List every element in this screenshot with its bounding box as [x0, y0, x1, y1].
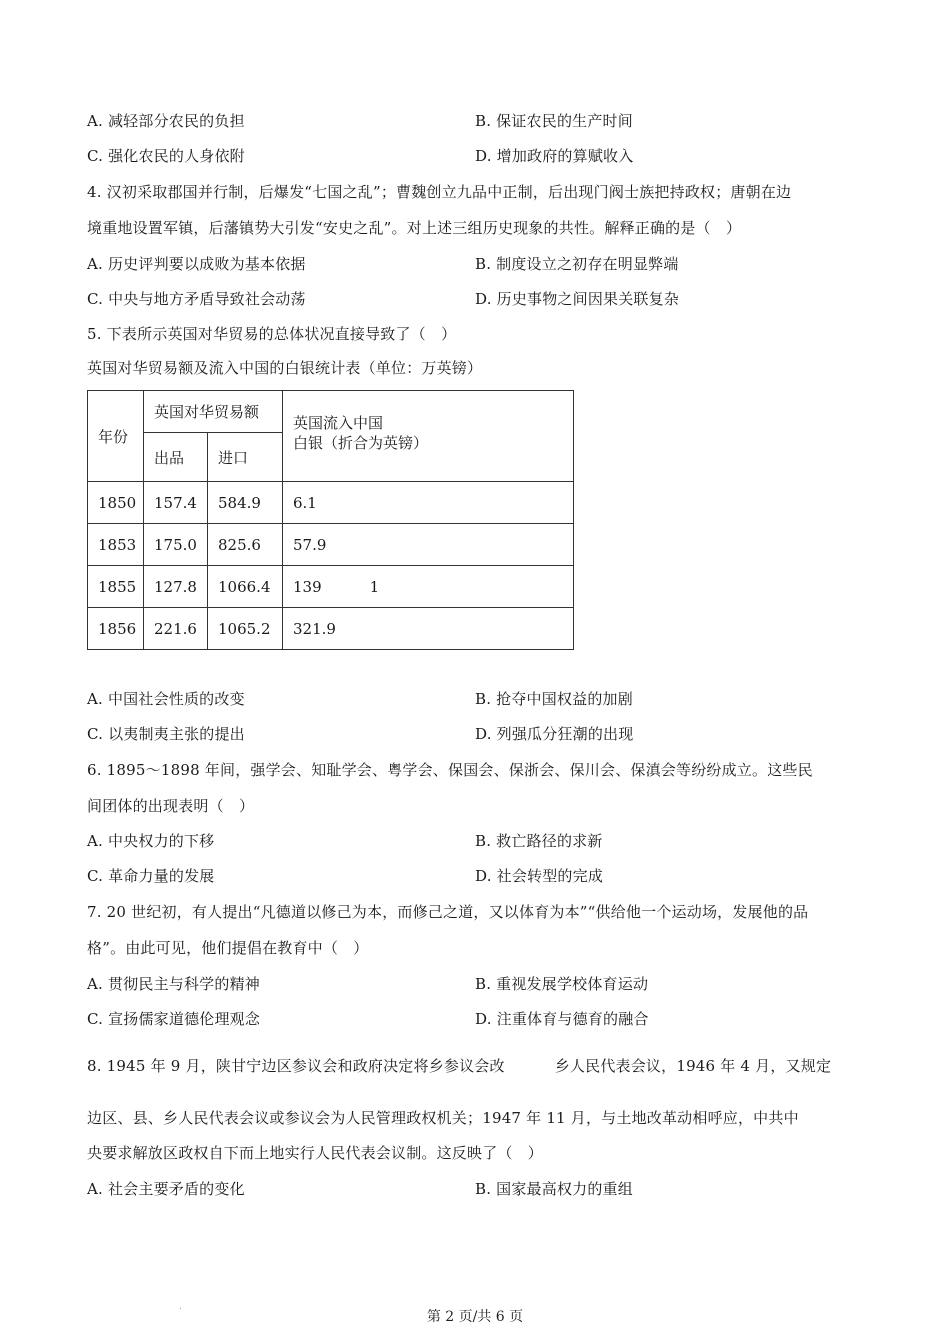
cell-export: 175.0 [144, 524, 208, 566]
page-indicator: 第 2 页/共 6 页 [0, 1306, 950, 1326]
q5-option-b: B. 抢夺中国权益的加剧 [475, 689, 633, 709]
q5-table-caption: 英国对华贸易额及流入中国的白银统计表（单位：万英镑） [87, 358, 482, 378]
q3-option-d: D. 增加政府的算赋收入 [475, 146, 633, 166]
q6-option-c: C. 革命力量的发展 [87, 866, 214, 886]
cell-year: 1855 [88, 566, 144, 608]
q5-option-c: C. 以夷制夷主张的提出 [87, 724, 245, 744]
q7-option-a: A. 贯彻民主与科学的精神 [87, 974, 260, 994]
cell-silver-extra: 1 [370, 578, 380, 596]
q8-stem-line1: 8. 1945 年 9 月，陕甘宁边区参议会和政府决定将乡参议会改乡人民代表会议… [87, 1056, 831, 1076]
table-row: 1853 175.0 825.6 57.9 [88, 524, 574, 566]
header-import: 进口 [208, 433, 283, 482]
q3-option-c: C. 强化农民的人身依附 [87, 146, 245, 166]
q3-option-b: B. 保证农民的生产时间 [475, 111, 633, 131]
q5-option-d: D. 列强瓜分狂潮的出现 [475, 724, 633, 744]
q7-option-d: D. 注重体育与德育的融合 [475, 1009, 649, 1029]
q7-stem-line2: 格”。由此可见，他们提倡在教育中（ ） [87, 938, 368, 958]
cell-silver: 1391 [283, 566, 574, 608]
q7-option-c: C. 宣扬儒家道德伦理观念 [87, 1009, 260, 1029]
cell-silver: 6.1 [283, 482, 574, 524]
cell-import: 825.6 [208, 524, 283, 566]
cell-year: 1850 [88, 482, 144, 524]
cell-year: 1853 [88, 524, 144, 566]
q5-option-a: A. 中国社会性质的改变 [87, 689, 245, 709]
cell-export: 157.4 [144, 482, 208, 524]
q8-option-b: B. 国家最高权力的重组 [475, 1179, 633, 1199]
q3-option-a: A. 减轻部分农民的负担 [87, 111, 245, 131]
header-silver-part1: 英国流入中国 [293, 414, 383, 432]
q7-option-b: B. 重视发展学校体育运动 [475, 974, 648, 994]
q8-option-a: A. 社会主要矛盾的变化 [87, 1179, 245, 1199]
table-row: 1856 221.6 1065.2 321.9 [88, 608, 574, 650]
q4-option-a: A. 历史评判要以成败为基本依据 [87, 254, 306, 274]
header-silver-part2: 白银（折合为英镑） [293, 434, 428, 452]
q6-stem-line1: 6. 1895～1898 年间，强学会、知耻学会、粤学会、保国会、保浙会、保川会… [87, 760, 813, 780]
header-year: 年份 [88, 391, 144, 482]
cell-import: 1065.2 [208, 608, 283, 650]
q8-stem-line2: 边区、县、乡人民代表会议或参议会为人民管理政权机关；1947 年 11 月，与土… [87, 1108, 799, 1128]
q4-stem-line1: 4. 汉初采取郡国并行制，后爆发“七国之乱”；曹魏创立九品中正制，后出现门阀士族… [87, 182, 791, 202]
q5-stem: 5. 下表所示英国对华贸易的总体状况直接导致了（ ） [87, 324, 456, 344]
cell-import: 584.9 [208, 482, 283, 524]
q4-option-b: B. 制度设立之初存在明显弊端 [475, 254, 679, 274]
trade-silver-table: 年份 英国对华贸易额 英国流入中国白银（折合为英镑） 出品 进口 1850 15… [87, 390, 574, 650]
q4-stem-line2: 境重地设置军镇，后藩镇势大引发“安史之乱”。对上述三组历史现象的共性。解释正确的… [87, 218, 741, 238]
cell-export: 221.6 [144, 608, 208, 650]
header-trade-volume: 英国对华贸易额 [144, 391, 283, 433]
q8-stem-line3: 央要求解放区政权自下而上地实行人民代表会议制。这反映了（ ） [87, 1143, 543, 1163]
header-silver-inflow: 英国流入中国白银（折合为英镑） [283, 391, 574, 482]
cell-silver: 57.9 [283, 524, 574, 566]
q6-option-a: A. 中央权力的下移 [87, 831, 214, 851]
q6-stem-line2: 间团体的出现表明（ ） [87, 796, 254, 816]
table-row: 1855 127.8 1066.4 1391 [88, 566, 574, 608]
q7-stem-line1: 7. 20 世纪初，有人提出“凡德道以修己为本，而修己之道，又以体育为本”“供给… [87, 902, 808, 922]
q4-option-d: D. 历史事物之间因果关联复杂 [475, 289, 679, 309]
cell-year: 1856 [88, 608, 144, 650]
q8-stem-line1-part2: 乡人民代表会议，1946 年 4 月，又规定 [555, 1057, 831, 1075]
header-export: 出品 [144, 433, 208, 482]
q6-option-b: B. 救亡路径的求新 [475, 831, 603, 851]
q6-option-d: D. 社会转型的完成 [475, 866, 603, 886]
table-row: 1850 157.4 584.9 6.1 [88, 482, 574, 524]
q4-option-c: C. 中央与地方矛盾导致社会动荡 [87, 289, 306, 309]
cell-silver-value: 139 [293, 578, 322, 596]
q8-stem-line1-part1: 8. 1945 年 9 月，陕甘宁边区参议会和政府决定将乡参议会改 [87, 1057, 505, 1075]
cell-silver: 321.9 [283, 608, 574, 650]
cell-import: 1066.4 [208, 566, 283, 608]
cell-export: 127.8 [144, 566, 208, 608]
